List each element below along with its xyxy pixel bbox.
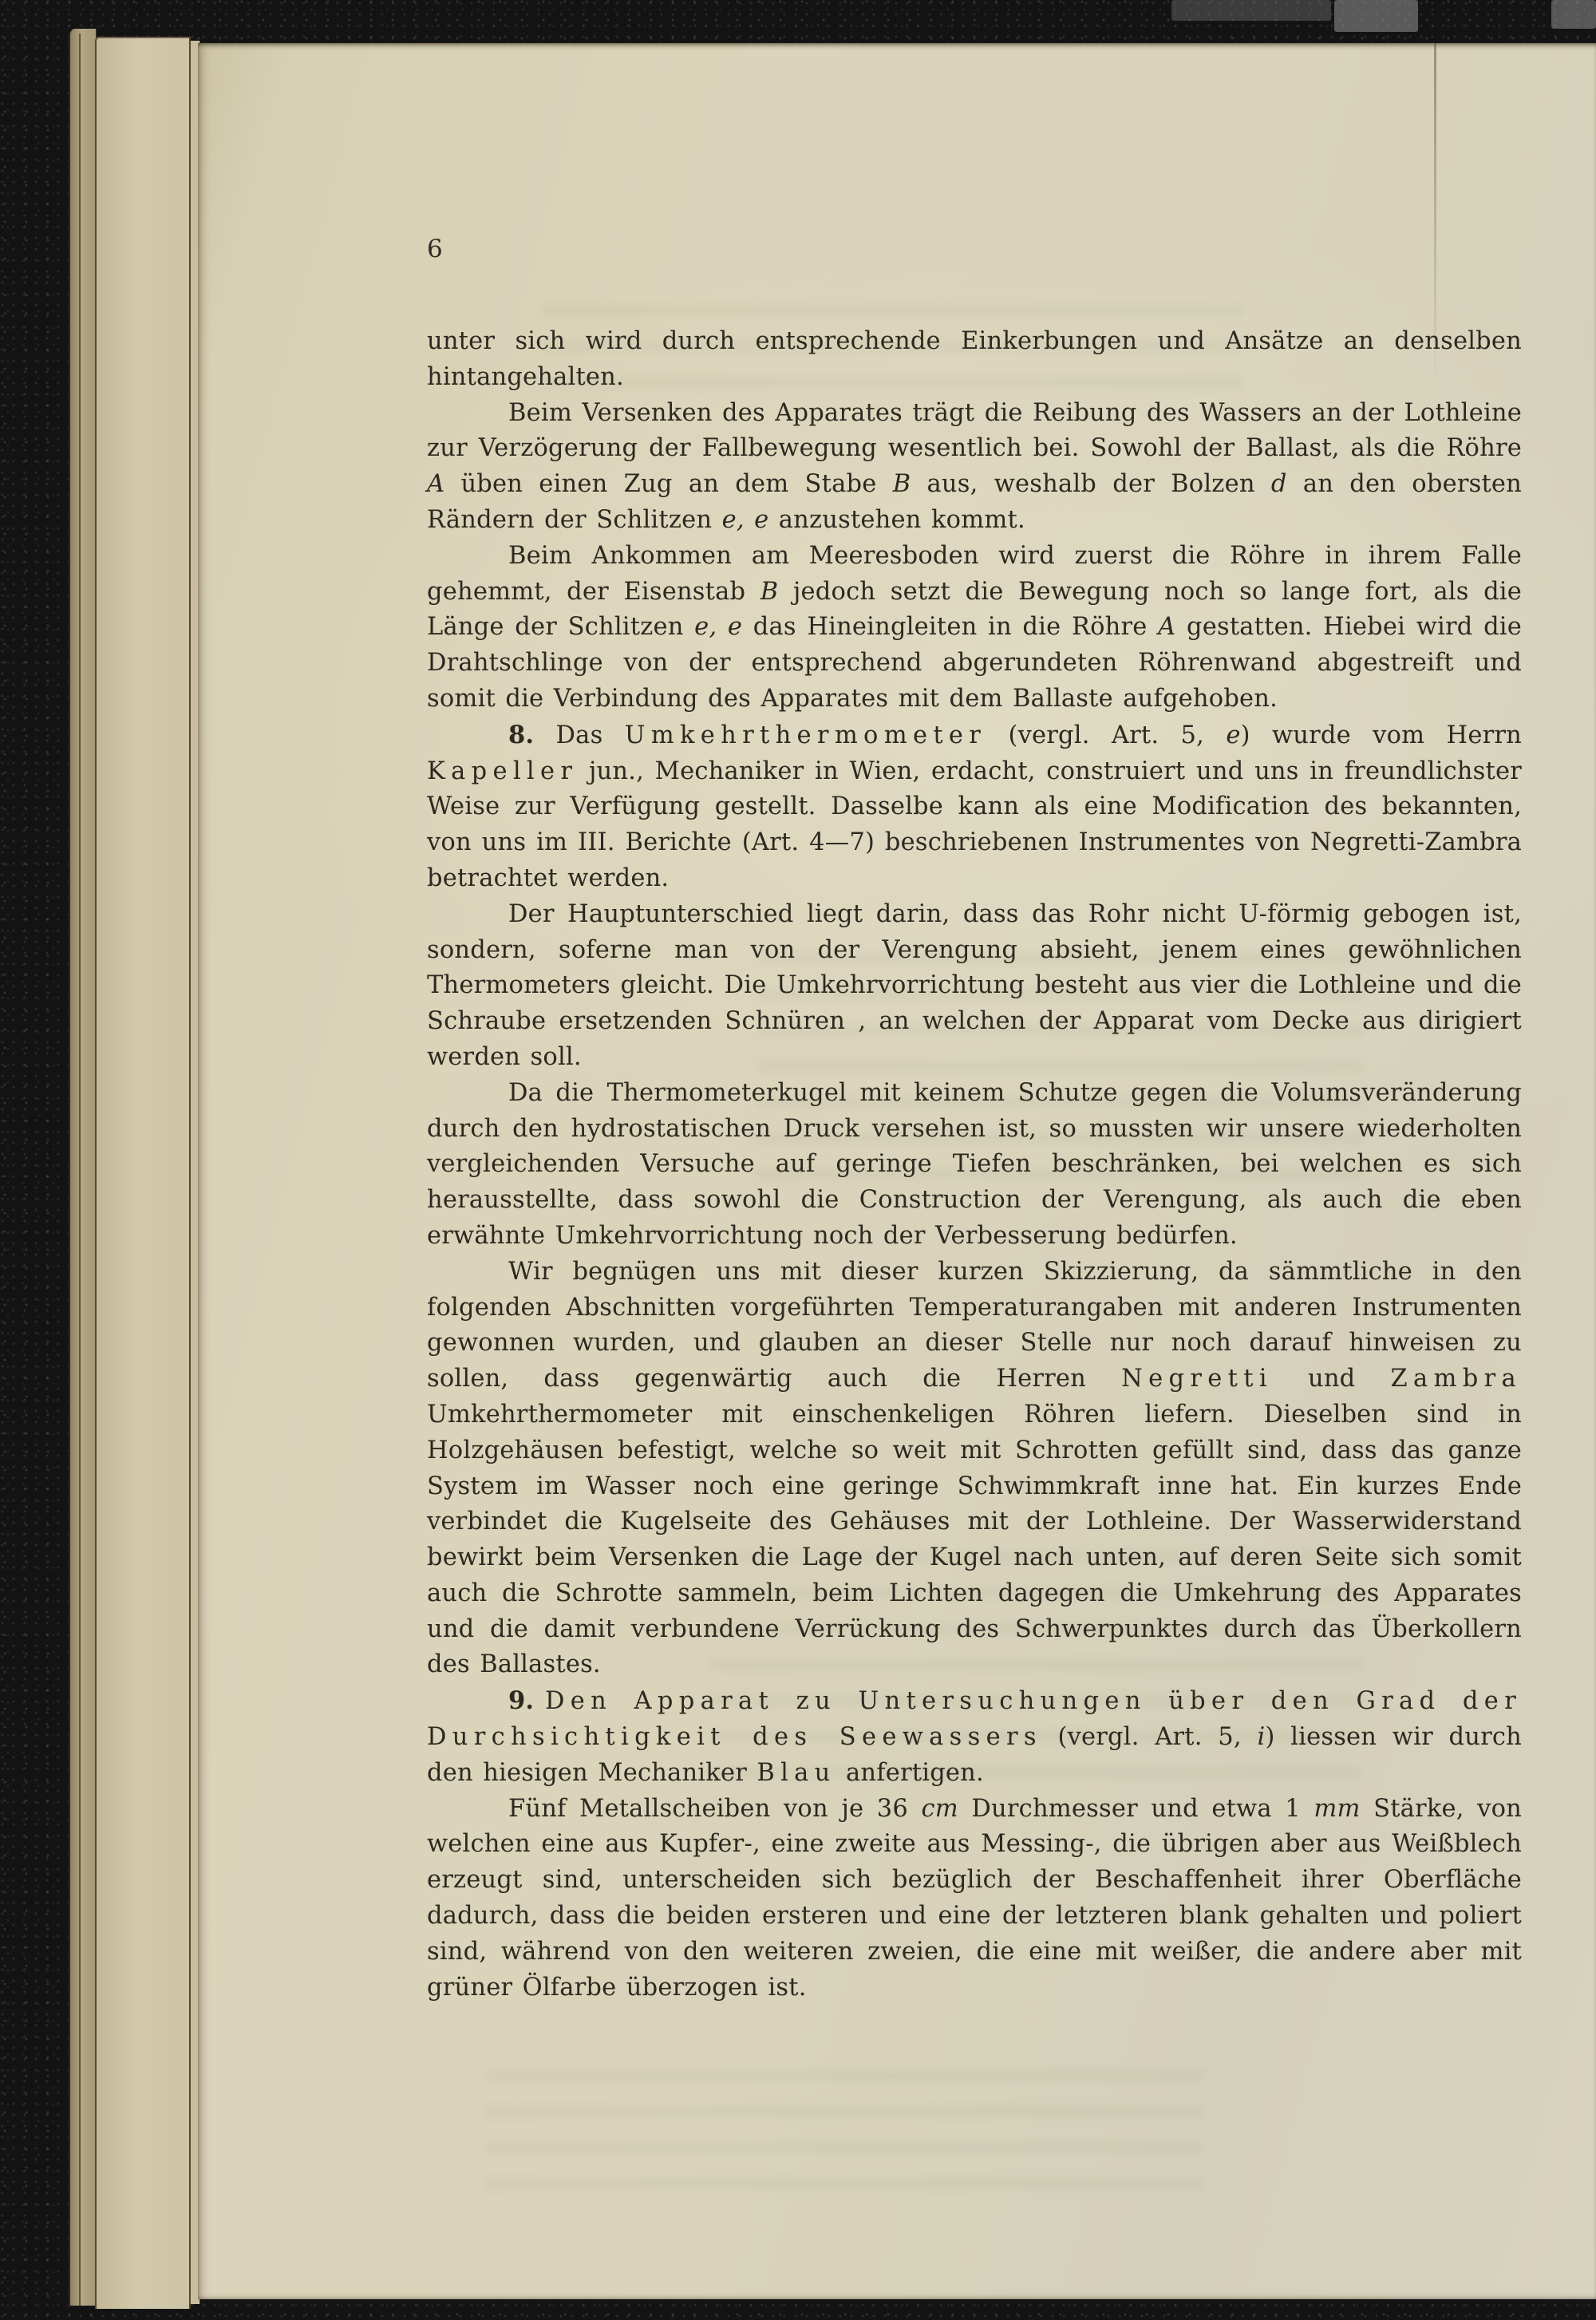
paragraph: Da die Thermometerkugel mit keinem Schut…: [427, 1076, 1522, 1255]
text-segment: B: [760, 578, 779, 606]
text-segment: Kapeller: [427, 757, 578, 785]
text-segment: 9.: [508, 1686, 534, 1715]
text-segment: e, e: [694, 613, 742, 641]
text-segment: aus, weshalb der Bolzen: [911, 470, 1271, 498]
cover-gray-patch: [1334, 0, 1418, 32]
book-page: 6 unter sich wird durch entsprechende Ei…: [198, 43, 1596, 2299]
text-segment: Der Hauptunterschied liegt darin, dass d…: [427, 900, 1522, 1071]
text-segment: d: [1271, 470, 1287, 498]
page-stack-edge-middle: [95, 37, 191, 2309]
text-segment: jun., Mechaniker in Wien, erdacht, const…: [427, 757, 1522, 892]
text-segment: cm: [921, 1795, 958, 1823]
paragraph: Wir begnügen uns mit dieser kurzen Skizz…: [427, 1255, 1522, 1684]
text-segment: üben einen Zug an dem Stabe: [444, 470, 892, 498]
paragraph: 8. Das Umkehrthermometer (vergl. Art. 5,…: [427, 717, 1522, 897]
paragraph: Beim Versenken des Apparates trägt die R…: [427, 396, 1522, 539]
text-segment: A: [427, 470, 444, 498]
text-segment: Negretti: [1121, 1365, 1273, 1393]
text-segment: e, e: [722, 506, 769, 534]
text-segment: Durchmesser und etwa 1: [958, 1795, 1314, 1823]
text-segment: Umkehrthermometer: [625, 721, 987, 749]
paragraph: 9. Den Apparat zu Untersuchungen über de…: [427, 1683, 1522, 1791]
paragraph: unter sich wird durch entsprechende Eink…: [427, 324, 1522, 396]
cover-gray-patch: [1171, 0, 1331, 21]
text-segment: (vergl. Art. 5,: [1042, 1723, 1258, 1751]
text-segment: B: [893, 470, 911, 498]
text-segment: Beim Versenken des Apparates trägt die R…: [427, 399, 1522, 463]
text-segment: anzustehen kommt.: [768, 506, 1025, 534]
text-segment: ) wurde vom Herrn: [1241, 721, 1522, 749]
text-segment: Blau: [757, 1759, 836, 1787]
text-segment: Fünf Metallscheiben von je 36: [508, 1795, 921, 1823]
text-segment: Umkehrthermometer mit einschenkeligen Rö…: [427, 1401, 1522, 1679]
text-block: unter sich wird durch entsprechende Eink…: [427, 324, 1522, 2006]
text-segment: Da die Thermometerkugel mit keinem Schut…: [427, 1079, 1522, 1250]
text-segment: e: [1226, 721, 1240, 749]
page-number: 6: [427, 235, 443, 263]
scanned-book-photo: { "page": { "number": "6" }, "content": …: [0, 0, 1596, 2320]
text-segment: [534, 1687, 545, 1715]
bleed-through-texture: [484, 2070, 1205, 2206]
text-segment: Das: [534, 721, 624, 749]
text-segment: das Hineingleiten in die Röhre: [742, 613, 1158, 641]
page-stack-edge-outer: [69, 29, 97, 2306]
text-segment: unter sich wird durch entsprechende Eink…: [427, 327, 1522, 391]
paragraph: Beim Ankommen am Meeresboden wird zuerst…: [427, 539, 1522, 717]
text-segment: anfertigen.: [836, 1759, 984, 1787]
paragraph: Der Hauptunterschied liegt darin, dass d…: [427, 897, 1522, 1076]
text-segment: (vergl. Art. 5,: [986, 721, 1226, 749]
text-segment: und: [1273, 1365, 1391, 1393]
cover-gray-patch: [1551, 0, 1596, 29]
text-segment: Zambra: [1391, 1365, 1523, 1393]
text-segment: 8.: [508, 721, 534, 749]
text-segment: A: [1158, 613, 1175, 641]
text-segment: Stärke, von welchen eine aus Kupfer-, ei…: [427, 1795, 1522, 2002]
text-segment: i: [1257, 1723, 1265, 1751]
paragraph: Fünf Metallscheiben von je 36 cm Durchme…: [427, 1792, 1522, 2006]
text-segment: mm: [1314, 1795, 1360, 1823]
